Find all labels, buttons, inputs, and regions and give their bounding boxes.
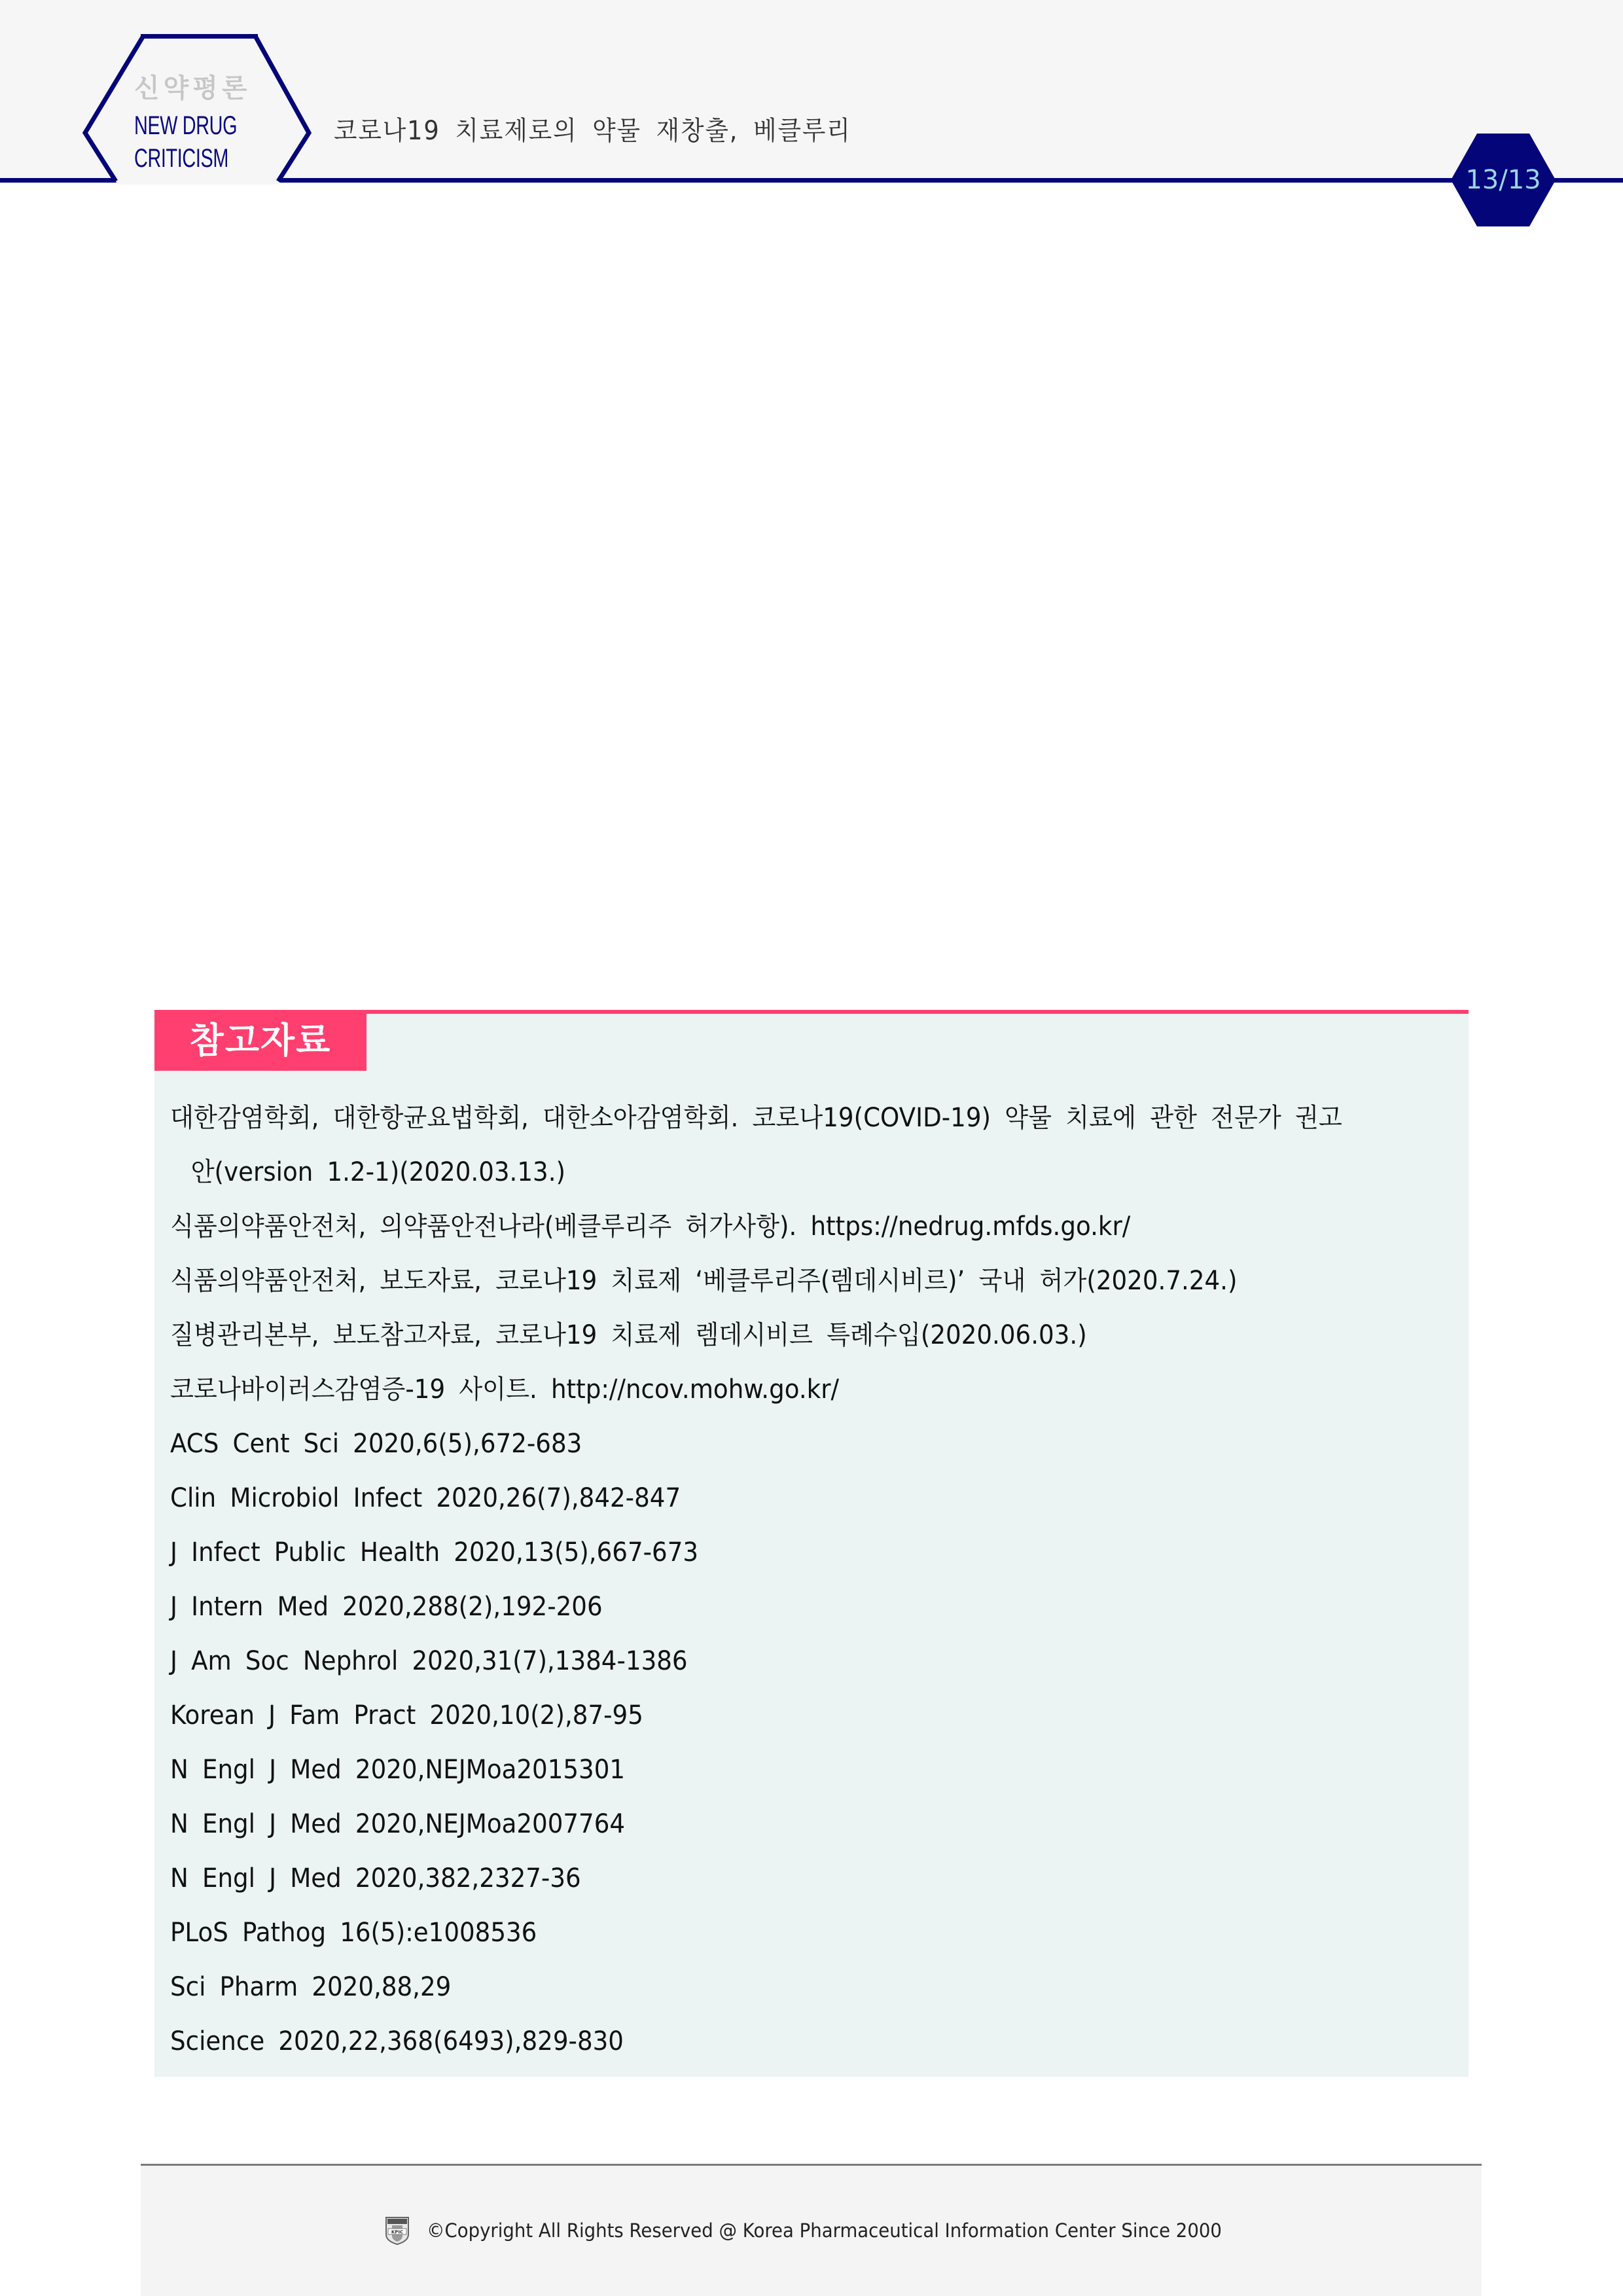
svg-text:KPIC: KPIC xyxy=(391,2230,403,2235)
copyright-text: ©Copyright All Rights Reserved @ Korea P… xyxy=(427,2216,1222,2245)
reference-item: Sci Pharm 2020,88,29 xyxy=(170,1960,1366,2015)
page-number-badge: 13/13 xyxy=(1451,134,1556,226)
reference-item: ACS Cent Sci 2020,6(5),672-683 xyxy=(170,1417,1366,1471)
references-list: 대한감염학회, 대한항균요법학회, 대한소아감염학회. 코로나19(COVID-… xyxy=(170,1091,1457,2069)
reference-item: J Infect Public Health 2020,13(5),667-67… xyxy=(170,1526,1366,1580)
page-number: 13/13 xyxy=(1451,134,1556,226)
reference-item: 코로나바이러스감염증-19 사이트. http://ncov.mohw.go.k… xyxy=(170,1363,1366,1417)
reference-item: Science 2020,22,368(6493),829-830 xyxy=(170,2015,1366,2069)
reference-item: J Intern Med 2020,288(2),192-206 xyxy=(170,1580,1366,1634)
reference-item: Korean J Fam Pract 2020,10(2),87-95 xyxy=(170,1689,1366,1743)
reference-item: 대한감염학회, 대한항균요법학회, 대한소아감염학회. 코로나19(COVID-… xyxy=(170,1091,1366,1145)
reference-item: 질병관리본부, 보도참고자료, 코로나19 치료제 렘데시비르 특례수입(202… xyxy=(170,1308,1366,1363)
reference-item: N Engl J Med 2020,NEJMoa2015301 xyxy=(170,1743,1366,1797)
reference-item: N Engl J Med 2020,382,2327-36 xyxy=(170,1852,1366,1906)
reference-item: 식품의약품안전처, 의약품안전나라(베클루리주 허가사항). https://n… xyxy=(170,1200,1366,1254)
logo-english-line1: NEW DRUG xyxy=(134,110,228,141)
logo-english-line2: CRITICISM xyxy=(134,143,228,174)
reference-item: Clin Microbiol Infect 2020,26(7),842-847 xyxy=(170,1471,1366,1526)
kpic-shield-icon: KPIC xyxy=(385,2216,410,2245)
document-title: 코로나19 치료제로의 약물 재창출, 베클루리 xyxy=(334,113,851,149)
references-heading: 참고자료 xyxy=(154,1010,366,1071)
logo-korean-text: 신약평론 xyxy=(134,72,260,105)
reference-item: N Engl J Med 2020,NEJMoa2007764 xyxy=(170,1797,1366,1852)
footer-copyright: KPIC ©Copyright All Rights Reserved @ Ko… xyxy=(385,2216,1264,2245)
reference-item: PLoS Pathog 16(5):e1008536 xyxy=(170,1906,1366,1960)
reference-item: J Am Soc Nephrol 2020,31(7),1384-1386 xyxy=(170,1634,1366,1689)
reference-item-continuation: 안(version 1.2-1)(2020.03.13.) xyxy=(170,1145,1366,1200)
new-drug-criticism-logo: 신약평론 NEW DRUG CRITICISM xyxy=(82,34,314,185)
reference-item: 식품의약품안전처, 보도자료, 코로나19 치료제 ‘베클루리주(렘데시비르)’… xyxy=(170,1254,1366,1308)
